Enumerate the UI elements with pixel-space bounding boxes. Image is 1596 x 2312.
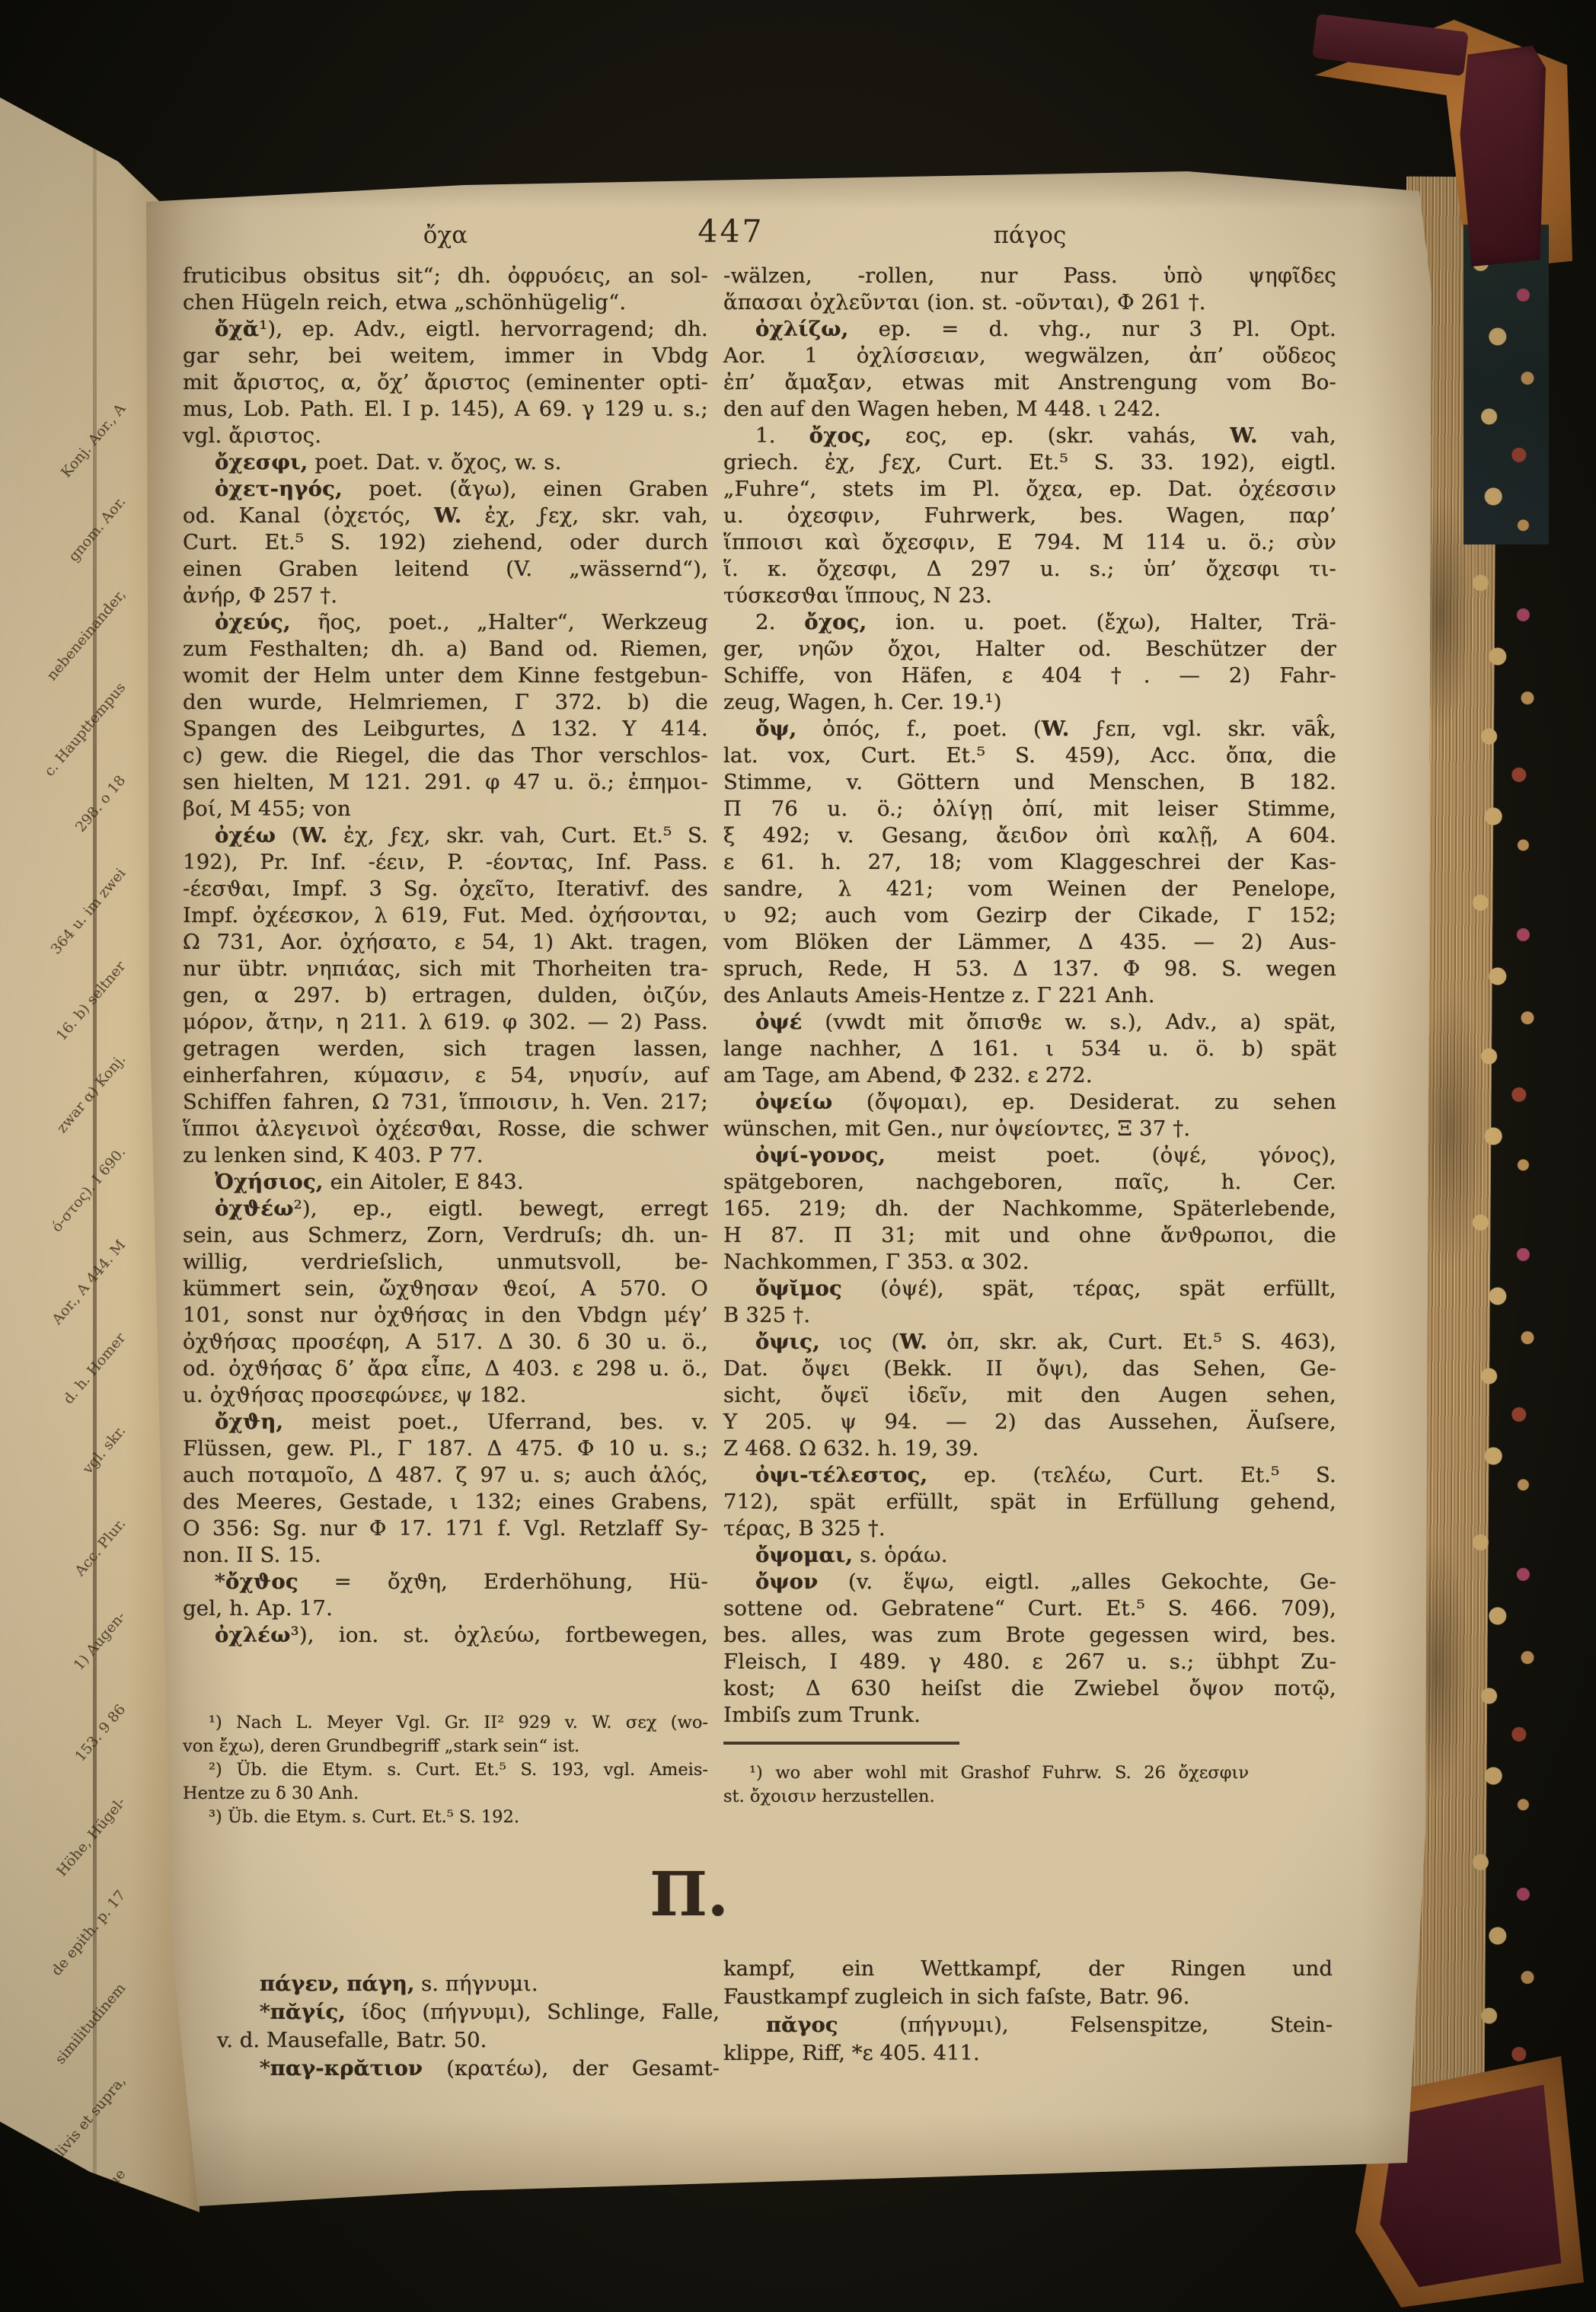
text-line: 101, sonst nur ὀχϑήσας in den Vbdgn μέγ’	[183, 1302, 708, 1329]
text-line: willig, verdrieſslich, unmutsvoll, be-	[183, 1249, 708, 1276]
section-letter-heading: Π.	[613, 1862, 765, 1926]
text-line: sandre, λ 421; vom Weinen der Penelope,	[723, 876, 1336, 902]
text-line: mus, Lob. Path. El. I p. 145), A 69. γ 1…	[183, 396, 708, 423]
text-line: vom Blöken der Lämmer, Δ 435. — 2) Aus-	[723, 929, 1336, 956]
text-line: ἵπποι ἀλεγεινοὶ ὀχέεσϑαι, Rosse, die sch…	[183, 1116, 708, 1142]
text-line: des Meeres, Gestade, ι 132; eines Graben…	[183, 1489, 708, 1515]
text-line: Ω 731, Aor. ὀχήσατο, ε 54, 1) Akt. trage…	[183, 929, 708, 956]
text-line: griech. ἐχ, ϝεχ, Curt. Et.⁵ S. 33. 192),…	[723, 449, 1336, 476]
text-line: πάγεν, πάγη, s. πήγνυμι.	[217, 1970, 720, 1998]
text-line: am Tage, am Abend, Φ 232. ε 272.	[723, 1062, 1336, 1089]
text-line: u. ὀχεσφιν, Fuhrwerk, bes. Wagen, παρ’	[723, 503, 1336, 529]
text-line: kost; Δ 630 heiſst die Zwiebel ὄψον ποτῷ…	[723, 1675, 1336, 1702]
text-line: kümmert sein, ὤχϑησαν ϑεοί, A 570. O	[183, 1276, 708, 1302]
dictionary-page: ὄχα 447 πάγος fruticibus obsitus sit“; d…	[137, 164, 1432, 2220]
text-line: gar sehr, bei weitem, immer in Vbdg	[183, 343, 708, 369]
text-line: Z 468. Ω 632. h. 19, 39.	[723, 1435, 1336, 1462]
text-line: „Fuhre“, stets im Pl. ὄχεα, ep. Dat. ὀχέ…	[723, 476, 1336, 503]
text-line: 1. ὄχος, εος, ep. (skr. vahás, W. vah,	[723, 423, 1336, 449]
book-photo: Konj. Aor., Agnom. Aor.nebeneinander,c. …	[0, 0, 1596, 2312]
text-line: einen Graben leitend (V. „wässernd“),	[183, 556, 708, 583]
text-line: ἵπποισι καὶ ὄχεσφιν, E 794. M 114 u. ö.;…	[723, 529, 1336, 556]
text-line: *παγ-κρᾰτιον (κρατέω), der Gesamt-	[217, 2055, 720, 2083]
running-head-right: πάγος	[723, 219, 1336, 252]
text-line: klippe, Riff, *ε 405. 411.	[723, 2039, 1333, 2068]
text-line: ὀχεύς, ῆος, poet., „Halter“, Werkzeug	[183, 609, 708, 636]
text-line: Curt. Et.⁵ S. 192) ziehend, oder durch	[183, 529, 708, 556]
text-line: Spangen des Leibgurtes, Δ 132. Y 414.	[183, 716, 708, 742]
facing-page-text-fragment: arboribus atque	[4, 2166, 129, 2310]
footnotes-left: ¹) Nach L. Meyer Vgl. Gr. II² 929 v. W. …	[183, 1711, 708, 1829]
text-line: den wurde, Helmriemen, Γ 372. b) die	[183, 689, 708, 716]
text-line: Schiffen fahren, Ω 731, ἵπποισιν, h. Ven…	[183, 1089, 708, 1116]
footnote-line: ¹) Nach L. Meyer Vgl. Gr. II² 929 v. W. …	[183, 1711, 708, 1735]
text-line: spätgeboren, nachgeboren, παῖς, h. Cer.	[723, 1169, 1336, 1196]
text-line: 2. ὄχος, ion. u. poet. (ἔχω), Halter, Tr…	[723, 609, 1336, 636]
text-line: fruticibus obsitus sit“; dh. ὀφρυόεις, a…	[183, 263, 708, 289]
text-line: ὄψις, ιος (W. ὀπ, skr. ak, Curt. Et.⁵ S.…	[723, 1329, 1336, 1356]
text-line: Schiffe, von Häfen, ε 404 †. — 2) Fahr-	[723, 663, 1336, 689]
text-line: πᾰγος (πήγνυμι), Felsenspitze, Stein-	[723, 2011, 1333, 2039]
text-line: ὄχϑη, meist poet., Uferrand, bes. v.	[183, 1409, 708, 1435]
text-line: des Anlauts Ameis-Hentze z. Γ 221 Anh.	[723, 982, 1336, 1009]
text-line: Π 76 u. ö.; ὀλίγῃ ὀπί, mit leiser Stimme…	[723, 796, 1336, 822]
text-line: ὀχϑήσας προσέφη, A 517. Δ 30. δ 30 u. ö.…	[183, 1329, 708, 1356]
text-line: βοί, M 455; von	[183, 796, 708, 822]
text-line: Imbiſs zum Trunk.	[723, 1702, 1336, 1729]
footnote-separator-rule	[723, 1742, 959, 1745]
text-line: v. d. Mausefalle, Batr. 50.	[217, 2026, 720, 2055]
text-line: sottene od. Gebratene“ Curt. Et.⁵ S. 466…	[723, 1595, 1336, 1622]
text-line: c) gew. die Riegel, die das Thor verschl…	[183, 742, 708, 769]
footnote-line: ¹) wo aber wohl mit Grashof Fuhrw. S. 26…	[723, 1761, 1249, 1785]
text-line: ὄψον (v. ἕψω, eigtl. „alles Gekochte, Ge…	[723, 1569, 1336, 1595]
text-line: sicht, ὄψεϊ ἰδεῖν, mit den Augen sehen,	[723, 1382, 1336, 1409]
text-line: lange nachher, Δ 161. ι 534 u. ö. b) spä…	[723, 1036, 1336, 1062]
text-line: zum Festhalten; dh. a) Band od. Riemen,	[183, 636, 708, 663]
text-line: Nachkommen, Γ 353. α 302.	[723, 1249, 1336, 1276]
text-line: O 356: Sg. nur Φ 17. 171 f. Vgl. Retzlaf…	[183, 1515, 708, 1542]
text-line: μόρον, ἄτην, η 211. λ 619. φ 302. — 2) P…	[183, 1009, 708, 1036]
text-line: ἐπ’ ἄμαξαν, etwas mit Anstrengung vom Bo…	[723, 369, 1336, 396]
text-line: Ὀχήσιος, ein Aitoler, E 843.	[183, 1169, 708, 1196]
footnote-line: Hentze zu δ 30 Anh.	[183, 1782, 708, 1806]
text-line: gen, α 297. b) ertragen, dulden, ὀιζύν,	[183, 982, 708, 1009]
text-line: τύσκεσϑαι ἵππους, N 23.	[723, 583, 1336, 609]
text-line: auch ποταμοῖο, Δ 487. ζ 97 u. s; auch ἁλ…	[183, 1462, 708, 1489]
text-line: ὀψέ (vwdt mit ὄπισϑε w. s.), Adv., a) sp…	[723, 1009, 1336, 1036]
text-line: wünschen, mit Gen., nur ὀψείοντες, Ξ 37 …	[723, 1116, 1336, 1142]
text-line: mit ἄριστος, α, ὄχ’ ἄριστος (eminenter o…	[183, 369, 708, 396]
bottom-section-column-right: kampf, ein Wettkampf, der Ringen undFaus…	[723, 1955, 1333, 2068]
text-line: H 87. Π 31; mit und ohne ἄνϑρωποι, die	[723, 1222, 1336, 1249]
text-line: ὀχέω (W. ἐχ, ϝεχ, skr. vah, Curt. Et.⁵ S…	[183, 822, 708, 849]
text-line: *ὄχϑος = ὄχϑη, Erderhöhung, Hü-	[183, 1569, 708, 1595]
text-line: 712), spät erfüllt, spät in Erfüllung ge…	[723, 1489, 1336, 1515]
text-line: Impf. ὀχέεσκον, λ 619, Fut. Med. ὀχήσοντ…	[183, 902, 708, 929]
text-line: τέρας, B 325 †.	[723, 1515, 1336, 1542]
text-column-right: -wälzen, -rollen, nur Pass. ὑπὸ ψηφῖδεςἅ…	[723, 263, 1336, 1729]
text-line: ὀψι-τέλεστος, ep. (τελέω, Curt. Et.⁵ S.	[723, 1462, 1336, 1489]
text-line: lat. vox, Curt. Et.⁵ S. 459), Acc. ὄπα, …	[723, 742, 1336, 769]
text-line: chen Hügeln reich, etwa „schönhügelig“.	[183, 289, 708, 316]
text-line: sein, aus Schmerz, Zorn, Verdruſs; dh. u…	[183, 1222, 708, 1249]
text-line: od. Kanal (ὀχετός, W. ἐχ, ϝεχ, skr. vah,	[183, 503, 708, 529]
text-line: einherfahren, κύμασιν, ε 54, νηυσίν, auf	[183, 1062, 708, 1089]
text-line: 192), Pr. Inf. -έειν, P. -έοντας, Inf. P…	[183, 849, 708, 876]
text-line: B 325 †.	[723, 1302, 1336, 1329]
text-line: sen hielten, M 121. 291. φ 47 u. ö.; ἐπη…	[183, 769, 708, 796]
marbled-cover-edge	[1464, 225, 1549, 2128]
text-line: ὀχλίζω, ep. = d. vhg., nur 3 Pl. Opt.	[723, 316, 1336, 343]
text-line: ὄχᾰ¹), ep. Adv., eigtl. hervorragend; dh…	[183, 316, 708, 343]
text-line: Stimme, v. Göttern und Menschen, B 182.	[723, 769, 1336, 796]
text-line: getragen werden, sich tragen lassen,	[183, 1036, 708, 1062]
text-line: ger, νηῶν ὄχοι, Halter od. Beschützer de…	[723, 636, 1336, 663]
text-line: ἅπασαι ὀχλεῦνται (ion. st. -οῦνται), Φ 2…	[723, 289, 1336, 316]
text-line: ὄχεσφι, poet. Dat. v. ὄχος, w. s.	[183, 449, 708, 476]
footnote-line: st. ὄχοισιν herzustellen.	[723, 1785, 1249, 1809]
text-line: -wälzen, -rollen, nur Pass. ὑπὸ ψηφῖδες	[723, 263, 1336, 289]
text-line: u. ὀχϑήσας προσεφώνεε, ψ 182.	[183, 1382, 708, 1409]
text-line: ὄψ, ὀπός, f., poet. (W. ϝεπ, vgl. skr. v…	[723, 716, 1336, 742]
text-line: ὀχϑέω²), ep., eigtl. bewegt, erregt	[183, 1196, 708, 1222]
text-line: nur übtr. νηπιάας, sich mit Thorheiten t…	[183, 956, 708, 982]
text-line: ὀψείω (ὄψομαι), ep. Desiderat. zu sehen	[723, 1089, 1336, 1116]
text-line: den auf den Wagen heben, M 448. ι 242.	[723, 396, 1336, 423]
footnote-line: ²) Üb. die Etym. s. Curt. Et.⁵ S. 193, v…	[183, 1758, 708, 1782]
text-column-left: fruticibus obsitus sit“; dh. ὀφρυόεις, a…	[183, 263, 708, 1649]
text-line: ξ 492; v. Gesang, ἄειδον ὀπὶ καλῇ, A 604…	[723, 822, 1336, 849]
text-line: ὀψί-γονος, meist poet. (ὀψέ, γόνος),	[723, 1142, 1336, 1169]
text-line: 165. 219; dh. der Nachkomme, Späterleben…	[723, 1196, 1336, 1222]
text-line: spruch, Rede, H 53. Δ 137. Φ 98. S. wege…	[723, 956, 1336, 982]
text-line: Aor. 1 ὀχλίσσειαν, wegwälzen, ἀπ’ οὔδεος	[723, 343, 1336, 369]
footnote-line: ³) Üb. die Etym. s. Curt. Et.⁵ S. 192.	[183, 1806, 708, 1829]
text-line: Dat. ὄψει (Bekk. II ὄψι), das Sehen, Ge-	[723, 1356, 1336, 1382]
bottom-section-column-left: πάγεν, πάγη, s. πήγνυμι.*πᾰγίς, ίδος (πή…	[217, 1970, 720, 2083]
text-line: ὀχετ-ηγός, poet. (ἄγω), einen Graben	[183, 476, 708, 503]
text-line: -έεσϑαι, Impf. 3 Sg. ὀχεῖτο, Iterativf. …	[183, 876, 708, 902]
text-line: ὄψομαι, s. ὁράω.	[723, 1542, 1336, 1569]
text-line: ἀνήρ, Φ 257 †.	[183, 583, 708, 609]
text-line: kampf, ein Wettkampf, der Ringen und	[723, 1955, 1333, 1983]
text-line: vgl. ἄριστος.	[183, 423, 708, 449]
text-line: ὀχλέω³), ion. st. ὀχλεύω, fortbewegen,	[183, 1622, 708, 1649]
text-line: womit der Helm unter dem Kinne festgebun…	[183, 663, 708, 689]
text-line: bes. alles, was zum Brote gegessen wird,…	[723, 1622, 1336, 1649]
cover-leather-spine-strip	[1312, 14, 1469, 76]
text-line: gel, h. Ap. 17.	[183, 1595, 708, 1622]
text-line: non. II S. 15.	[183, 1542, 708, 1569]
text-line: *πᾰγίς, ίδος (πήγνυμι), Schlinge, Falle,	[217, 1998, 720, 2026]
text-line: zeug, Wagen, h. Cer. 19.¹)	[723, 689, 1336, 716]
text-line: Flüssen, gew. Pl., Γ 187. Δ 475. Φ 10 u.…	[183, 1435, 708, 1462]
text-line: ὄψῐμος (ὀψέ), spät, τέρας, spät erfüllt,	[723, 1276, 1336, 1302]
footnotes-right: ¹) wo aber wohl mit Grashof Fuhrw. S. 26…	[723, 1761, 1249, 1809]
text-line: ἵ. κ. ὄχεσφι, Δ 297 u. s.; ὑπ’ ὄχεσφι τι…	[723, 556, 1336, 583]
text-line: zu lenken sind, K 403. P 77.	[183, 1142, 708, 1169]
text-line: υ 92; auch vom Gezirp der Cikade, Γ 152;	[723, 902, 1336, 929]
text-line: Y 205. ψ 94. — 2) das Aussehen, Äuſsere,	[723, 1409, 1336, 1435]
footnote-line: von ἔχω), deren Grundbegriff „stark sein…	[183, 1735, 708, 1758]
text-line: Fleisch, I 489. γ 480. ε 267 u. s.; übhp…	[723, 1649, 1336, 1675]
text-line: ε 61. h. 27, 18; vom Klaggeschrei der Ka…	[723, 849, 1336, 876]
text-line: od. ὀχϑήσας δ’ ἄρα εἶπε, Δ 403. ε 298 u.…	[183, 1356, 708, 1382]
text-line: Faustkampf zugleich in sich faſste, Batr…	[723, 1983, 1333, 2011]
